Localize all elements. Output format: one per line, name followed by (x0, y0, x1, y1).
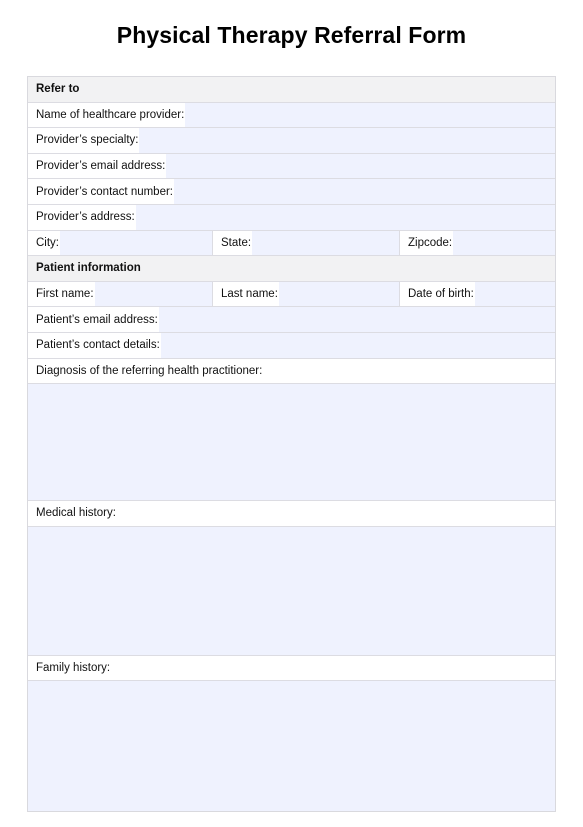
section-refer-to: Refer to (28, 77, 555, 103)
section-heading: Refer to (28, 77, 80, 102)
provider-contact-row: Provider’s contact number: (28, 179, 555, 205)
field-label: Zipcode: (400, 231, 453, 256)
family-history-textarea[interactable] (28, 681, 555, 811)
medical-history-area-row (28, 527, 555, 656)
field-label: City: (28, 231, 60, 256)
provider-name-field[interactable]: Name of healthcare provider: (28, 103, 555, 128)
field-label: Date of birth: (400, 282, 475, 307)
family-history-label-row: Family history: (28, 656, 555, 682)
patient-name-row: First name: Last name: Date of birth: (28, 282, 555, 308)
page-title: Physical Therapy Referral Form (0, 22, 583, 49)
city-state-zip-row: City: State: Zipcode: (28, 231, 555, 257)
section-heading: Patient information (28, 256, 142, 281)
diagnosis-label-row: Diagnosis of the referring health practi… (28, 359, 555, 385)
field-label: Family history: (28, 656, 111, 681)
family-history-area-row (28, 681, 555, 811)
field-label: Provider’s contact number: (28, 179, 174, 204)
section-patient-information: Patient information (28, 256, 555, 282)
field-label: Last name: (213, 282, 279, 307)
provider-name-row: Name of healthcare provider: (28, 103, 555, 129)
patient-contact-row: Patient’s contact details: (28, 333, 555, 359)
field-label: Provider’s email address: (28, 154, 166, 179)
medical-history-textarea[interactable] (28, 527, 555, 655)
provider-contact-number-field[interactable]: Provider’s contact number: (28, 179, 555, 204)
patient-email-row: Patient’s email address: (28, 307, 555, 333)
provider-specialty-row: Provider’s specialty: (28, 128, 555, 154)
state-field[interactable]: State: (212, 231, 399, 256)
date-of-birth-field[interactable]: Date of birth: (399, 282, 555, 307)
field-label: State: (213, 231, 252, 256)
field-label: Provider’s specialty: (28, 128, 139, 153)
field-label: Patient’s contact details: (28, 333, 161, 358)
city-field[interactable]: City: (28, 231, 212, 256)
field-label: Medical history: (28, 501, 117, 526)
diagnosis-area-row (28, 384, 555, 501)
patient-contact-field[interactable]: Patient’s contact details: (28, 333, 555, 358)
field-label: Name of healthcare provider: (28, 103, 185, 128)
provider-address-row: Provider’s address: (28, 205, 555, 231)
medical-history-label-row: Medical history: (28, 501, 555, 527)
referral-form: Refer to Name of healthcare provider: Pr… (27, 76, 556, 812)
field-label: Provider’s address: (28, 205, 136, 230)
field-label: Diagnosis of the referring health practi… (28, 359, 263, 384)
zipcode-field[interactable]: Zipcode: (399, 231, 555, 256)
last-name-field[interactable]: Last name: (212, 282, 399, 307)
first-name-field[interactable]: First name: (28, 282, 212, 307)
field-label: Patient’s email address: (28, 307, 159, 332)
diagnosis-textarea[interactable] (28, 384, 555, 500)
provider-specialty-field[interactable]: Provider’s specialty: (28, 128, 555, 153)
patient-email-field[interactable]: Patient’s email address: (28, 307, 555, 332)
provider-address-field[interactable]: Provider’s address: (28, 205, 555, 230)
provider-email-field[interactable]: Provider’s email address: (28, 154, 555, 179)
field-label: First name: (28, 282, 95, 307)
provider-email-row: Provider’s email address: (28, 154, 555, 180)
